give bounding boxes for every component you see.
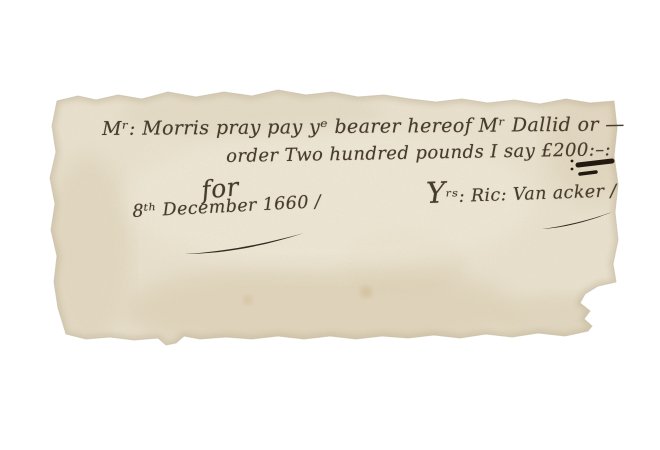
amount-colon-dot [571, 168, 574, 171]
manuscript-paper [0, 0, 660, 450]
note-line-1: Mʳ: Morris pray pay yᵉ bearer hereof Mʳ … [102, 113, 625, 140]
amount-heavy-dash-2 [580, 172, 596, 174]
screenshot-root: Mʳ: Morris pray pay yᵉ bearer hereof Mʳ … [0, 0, 660, 450]
